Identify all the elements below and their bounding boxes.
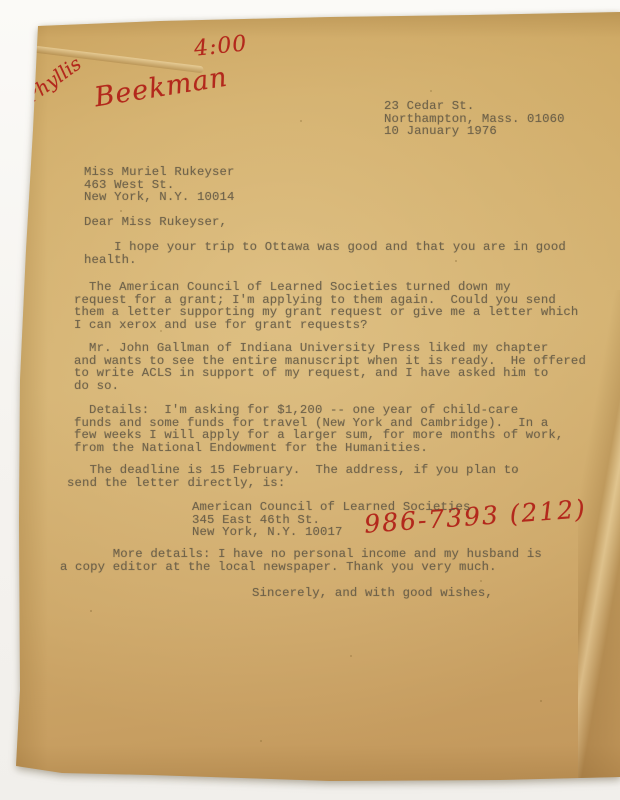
paper-fiber-specks xyxy=(0,0,2,2)
handwritten-time-note: 4:00 xyxy=(193,31,249,61)
acls-inner-address-block: American Council of Learned Societies 34… xyxy=(192,501,471,539)
paper-sheet: Phyllis Beekman 4:00 986-7393 (212) 23 C… xyxy=(0,0,620,800)
paragraph-acls-request: The American Council of Learned Societie… xyxy=(74,281,578,331)
handwritten-first-name: Phyllis xyxy=(21,53,86,108)
paragraph-more-details: More details: I have no personal income … xyxy=(60,548,542,573)
letter-paper: Phyllis Beekman 4:00 986-7393 (212) 23 C… xyxy=(0,0,620,800)
recipient-address-block: Miss Muriel Rukeyser 463 West St. New Yo… xyxy=(84,166,235,204)
paper-shade-top xyxy=(30,12,620,38)
sender-address-block: 23 Cedar St. Northampton, Mass. 01060 10… xyxy=(384,100,565,138)
paragraph-details: Details: I'm asking for $1,200 -- one ye… xyxy=(74,404,563,454)
closing-line: Sincerely, and with good wishes, xyxy=(252,587,493,600)
handwritten-last-name: Beekman xyxy=(92,62,229,114)
scanner-background: { "colors": { "paper": "#cfaa66", "typed… xyxy=(0,0,620,800)
paper-fold-bottom-left xyxy=(14,742,74,776)
salutation-line: Dear Miss Rukeyser, xyxy=(84,216,227,229)
paragraph-deadline: The deadline is 15 February. The address… xyxy=(67,464,519,489)
paper-shade-left xyxy=(14,20,48,780)
paragraph-gallman: Mr. John Gallman of Indiana University P… xyxy=(74,342,586,392)
paragraph-health: I hope your trip to Ottawa was good and … xyxy=(84,241,566,266)
paper-shade-bottom xyxy=(16,745,620,781)
